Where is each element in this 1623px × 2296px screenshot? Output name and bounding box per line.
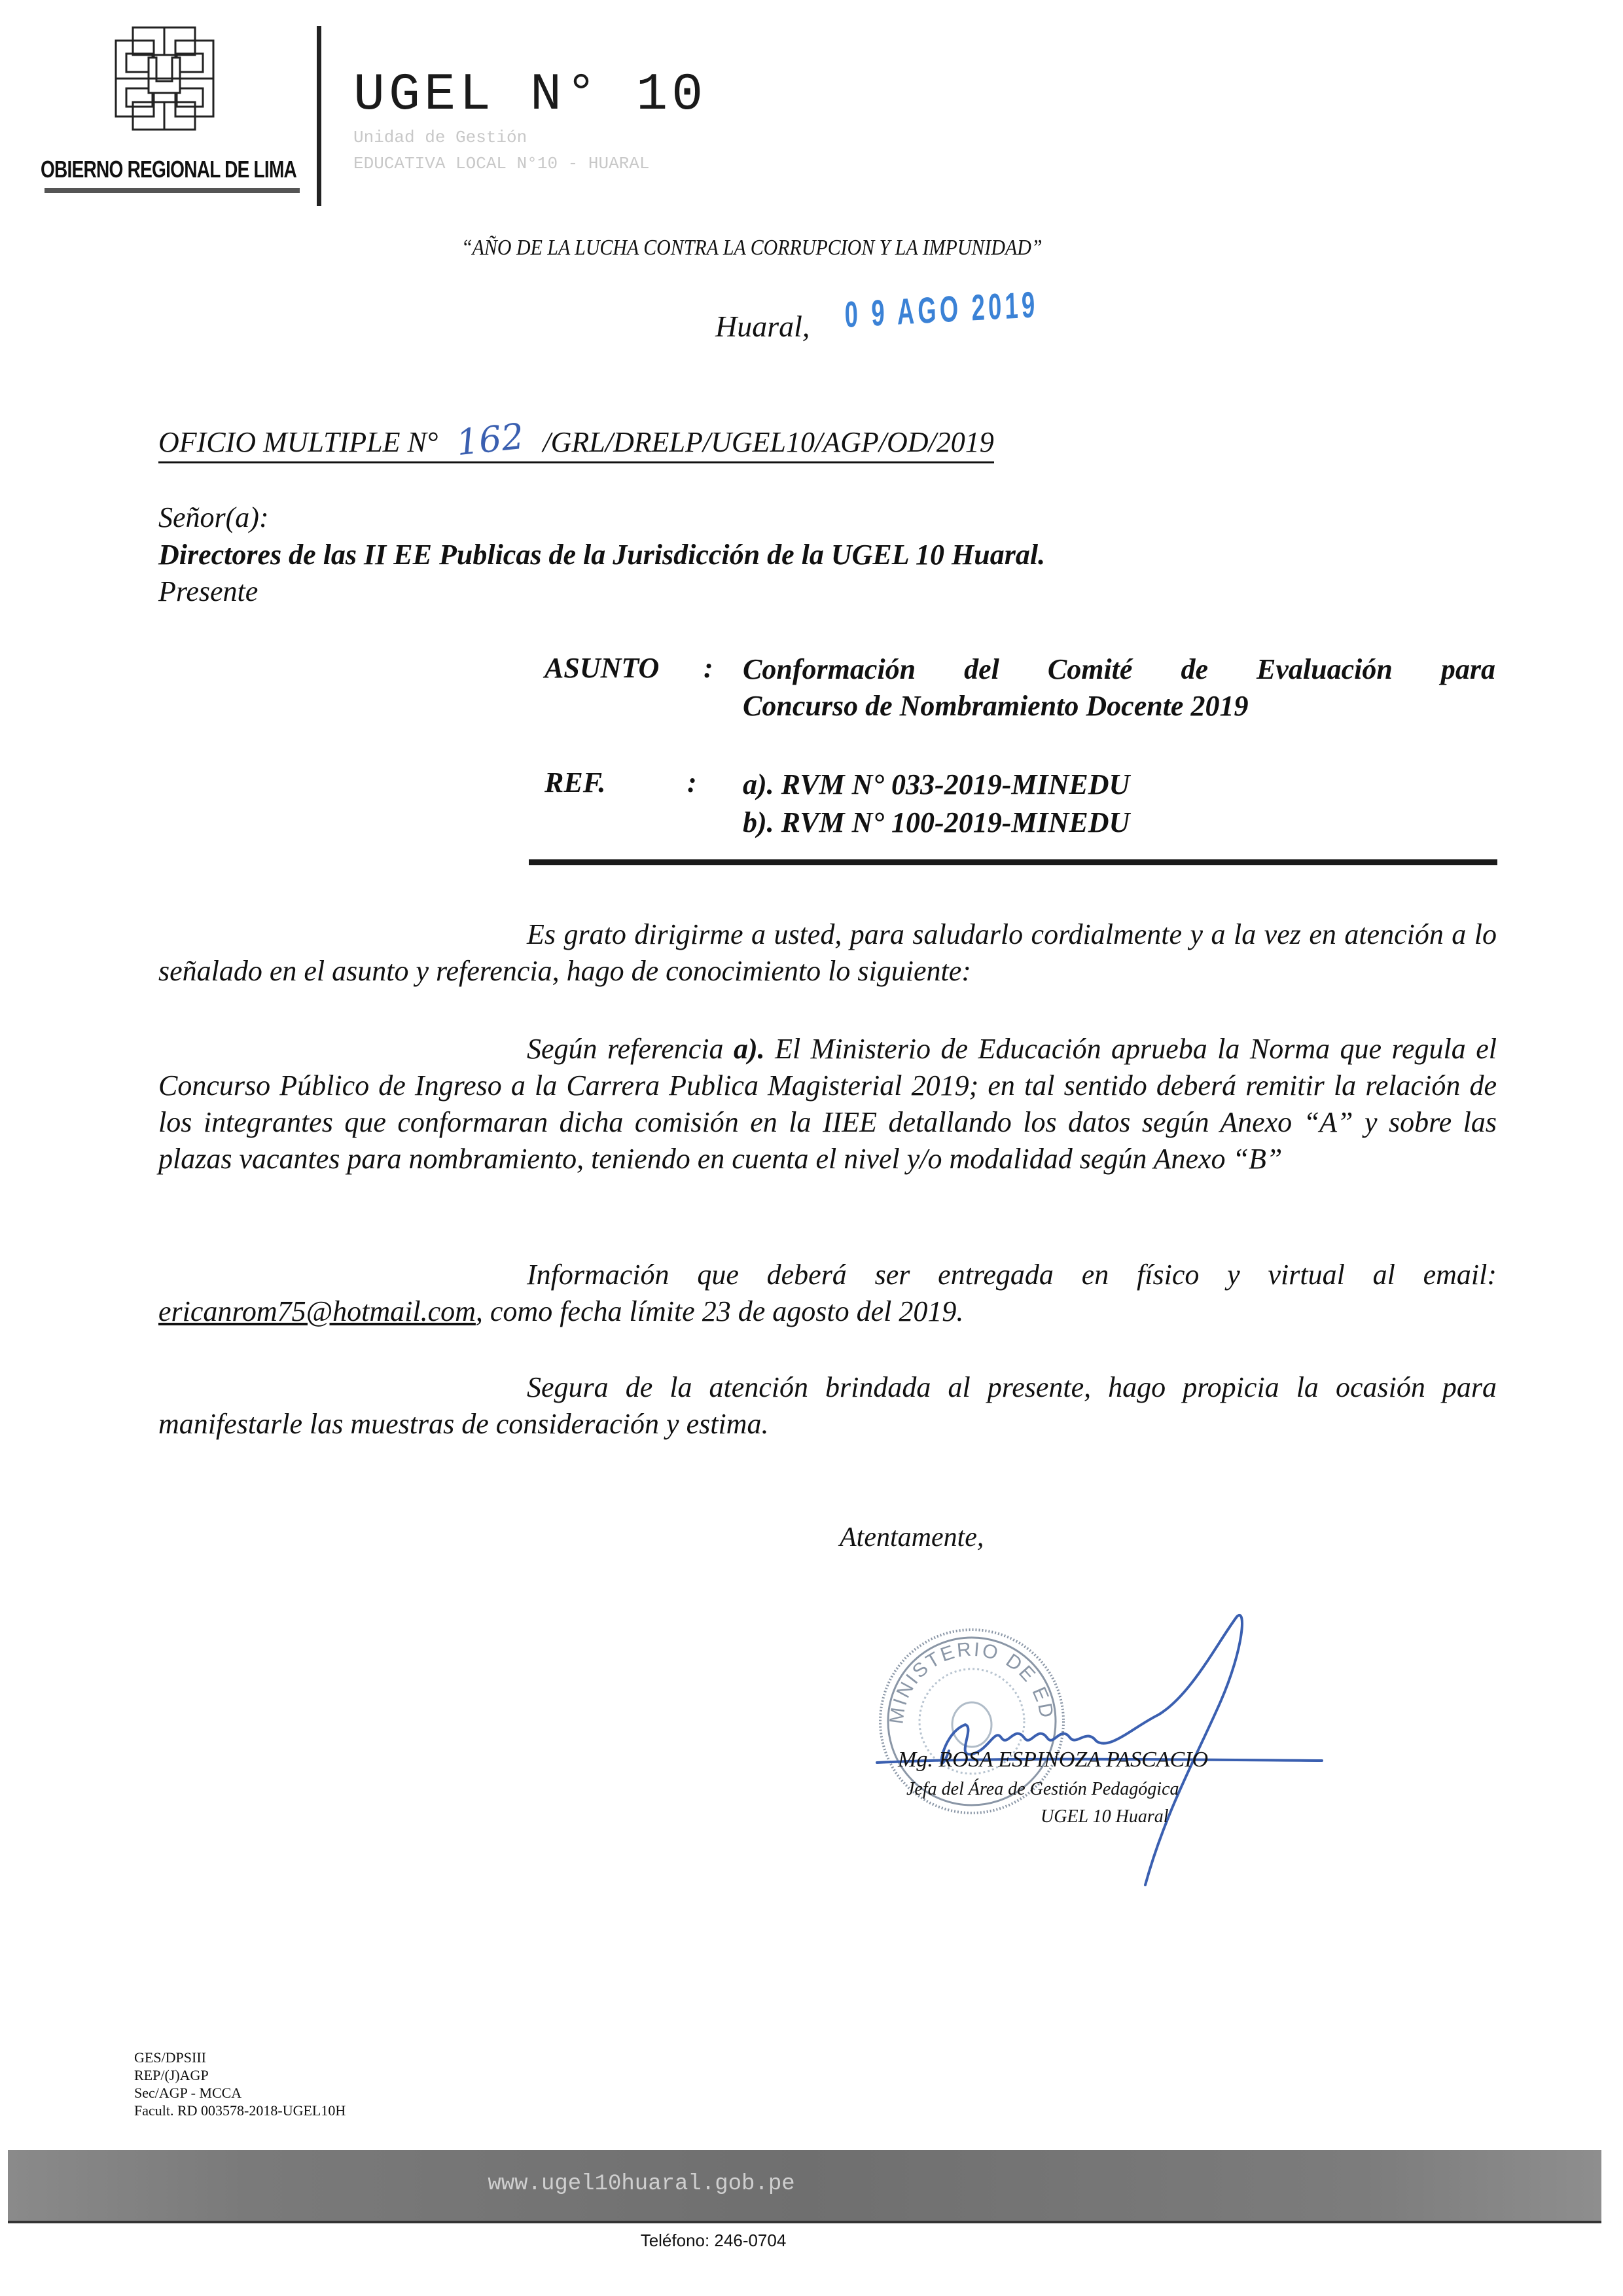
- ref-list: a). RVM N° 033-2019-MINEDU b). RVM N° 10…: [743, 766, 1130, 842]
- year-motto: “AÑO DE LA LUCHA CONTRA LA CORRUPCION Y …: [461, 236, 1042, 260]
- reference-prefix: OFICIO MULTIPLE N°: [158, 426, 438, 458]
- signatory-role: Jefa del Área de Gestión Pedagógica: [906, 1779, 1179, 1800]
- date-place: Huaral,: [715, 309, 810, 344]
- asunto-word: Comité: [1048, 651, 1133, 688]
- asunto-line-1: ConformacióndelComitédeEvaluaciónpara: [743, 651, 1495, 688]
- logo-underline: [45, 188, 300, 193]
- paragraph-text: Segura de la atención brindada al presen…: [158, 1371, 1497, 1440]
- paragraph-text: , como fecha límite 23 de agosto del 201…: [476, 1295, 963, 1327]
- paragraph-text: Es grato dirigirme a usted, para saludar…: [158, 918, 1497, 987]
- closing: Atentamente,: [840, 1522, 984, 1553]
- asunto-word: Conformación: [743, 651, 916, 688]
- paragraph-text: Según referencia: [527, 1033, 734, 1065]
- presente: Presente: [158, 575, 258, 608]
- subtitle-line-2: EDUCATIVA LOCAL N°10 - HUARAL: [353, 151, 649, 177]
- asunto-word: Evaluación: [1257, 651, 1393, 688]
- institution-title: UGEL N° 10: [353, 65, 707, 125]
- initials-line: Facult. RD 003578-2018-UGEL10H: [134, 2102, 346, 2119]
- reference-suffix: /GRL/DRELP/UGEL10/AGP/OD/2019: [543, 426, 993, 458]
- section-divider: [529, 859, 1497, 865]
- asunto-word: del: [964, 651, 999, 688]
- subtitle-line-1: Unidad de Gestión: [353, 124, 649, 151]
- asunto-text: ConformacióndelComitédeEvaluaciónpara Co…: [743, 651, 1495, 725]
- footer-website-link[interactable]: www.ugel10huaral.gob.pe: [0, 2172, 1453, 2197]
- paragraph-greeting: Es grato dirigirme a usted, para saludar…: [158, 916, 1497, 990]
- document-initials: GES/DPSIII REP/(J)AGP Sec/AGP - MCCA Fac…: [134, 2049, 346, 2119]
- institution-subtitle: Unidad de Gestión EDUCATIVA LOCAL N°10 -…: [353, 124, 649, 177]
- paragraph-text: Información que deberá ser entregada en …: [527, 1259, 1497, 1291]
- initials-line: GES/DPSIII: [134, 2049, 346, 2066]
- ref-item: b). RVM N° 100-2019-MINEDU: [743, 804, 1130, 842]
- ref-item: a). RVM N° 033-2019-MINEDU: [743, 766, 1130, 804]
- salutation: Señor(a):: [158, 501, 269, 534]
- reference-marker: a).: [734, 1033, 765, 1065]
- paragraph-reference: Según referencia a). El Ministerio de Ed…: [158, 1031, 1497, 1177]
- ref-colon: :: [687, 766, 697, 799]
- asunto-word: de: [1181, 651, 1208, 688]
- email-link[interactable]: ericanrom75@hotmail.com: [158, 1295, 476, 1327]
- footer-phone: Teléfono: 246-0704: [0, 2231, 1525, 2251]
- reference-number: 162: [437, 414, 545, 465]
- paragraph-closing: Segura de la atención brindada al presen…: [158, 1369, 1497, 1443]
- paragraph-text: El Ministerio de Educación aprueba la No…: [158, 1033, 1497, 1175]
- initials-line: Sec/AGP - MCCA: [134, 2084, 346, 2102]
- date-stamp: 0 9 AGO 2019: [844, 283, 1039, 336]
- signatory-organization: UGEL 10 Huaral: [1041, 1806, 1169, 1827]
- gobierno-regional-lima-logo-icon: [115, 26, 216, 131]
- signatory-name: Mg. ROSA ESPINOZA PASCACIO: [898, 1748, 1208, 1772]
- addressee: Directores de las II EE Publicas de la J…: [158, 538, 1045, 571]
- initials-line: REP/(J)AGP: [134, 2066, 346, 2084]
- header-divider: [317, 26, 321, 206]
- document-reference: OFICIO MULTIPLE N°162/GRL/DRELP/UGEL10/A…: [158, 419, 994, 463]
- asunto-colon: :: [704, 651, 713, 685]
- paragraph-delivery: Información que deberá ser entregada en …: [158, 1257, 1497, 1330]
- asunto-label: ASUNTO: [544, 651, 659, 685]
- logo-caption: OBIERNO REGIONAL DE LIMA: [41, 156, 296, 183]
- asunto-line-2: Concurso de Nombramiento Docente 2019: [743, 688, 1495, 725]
- ref-label: REF.: [544, 766, 605, 799]
- asunto-word: para: [1441, 651, 1495, 688]
